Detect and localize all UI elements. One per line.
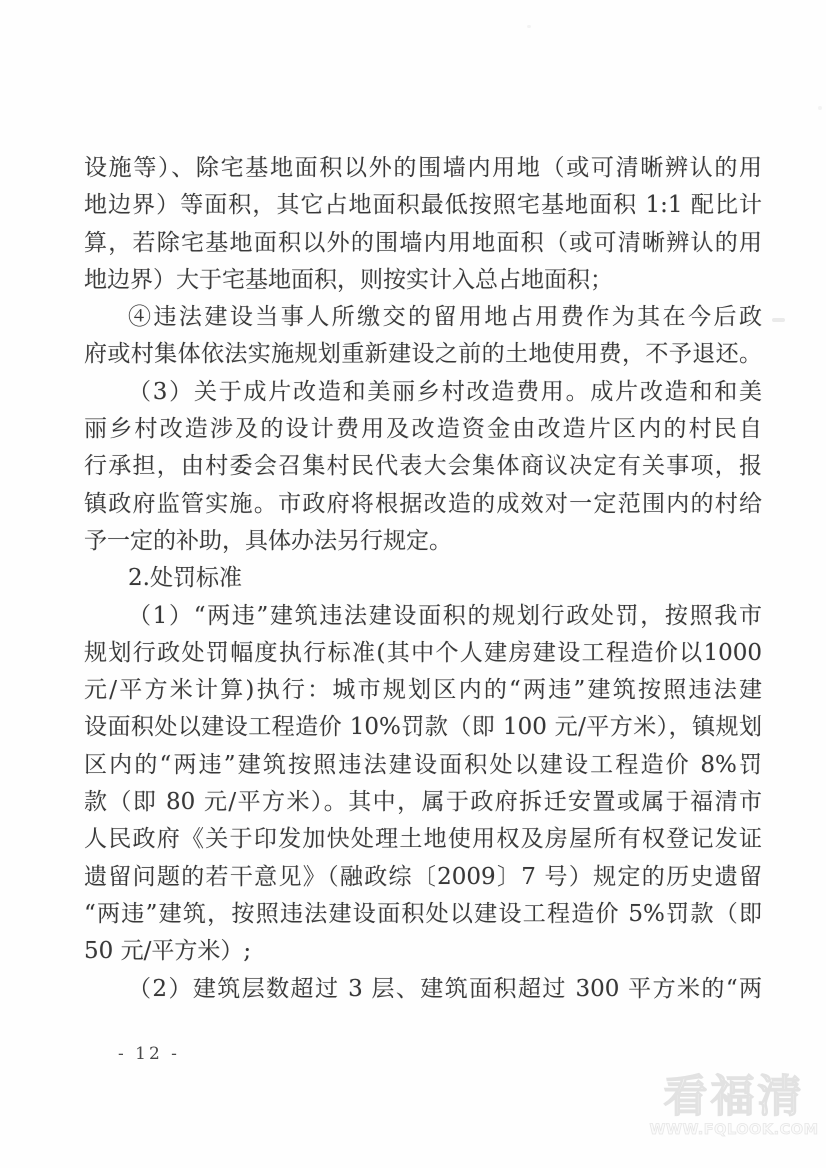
- text-line: （2）建筑层数超过 3 层、建筑面积超过 300 平方米的“两: [84, 971, 762, 1008]
- watermark-url: WWW.FQLOOK.COM: [644, 1122, 824, 1138]
- text-line: ④违法建设当事人所缴交的留用地占用费作为其在今后政: [84, 299, 762, 336]
- text-line: 款（即 80 元/平方米）。其中，属于政府拆迁安置或属于福清市: [84, 784, 762, 821]
- text-line: 50 元/平方米）;: [84, 933, 762, 970]
- text-line: 规划行政处罚幅度执行标准(其中个人建房建设工程造价以1000: [84, 635, 762, 672]
- text-line: 区内的“两违”建筑按照违法建设面积处以建设工程造价 8%罚: [84, 747, 762, 784]
- document-page: 设施等）、除宅基地面积以外的围墙内用地（或可清晰辨认的用地边界）等面积，其它占地…: [0, 0, 826, 1168]
- text-line: 地边界）大于宅基地面积，则按实计入总占地面积；: [84, 262, 762, 299]
- watermark: 看福清 WWW.FQLOOK.COM: [644, 1074, 824, 1138]
- text-line: 府或村集体依法实施规划重新建设之前的土地使用费，不予退还。: [84, 336, 762, 373]
- scan-artifact: [527, 25, 531, 28]
- scan-artifact: [818, 106, 822, 110]
- watermark-logo-text: 看福清: [644, 1074, 824, 1120]
- text-line: 行承担，由村委会召集村民代表大会集体商议决定有关事项，报: [84, 448, 762, 485]
- text-line: 地边界）等面积，其它占地面积最低按照宅基地面积 1:1 配比计: [84, 187, 762, 224]
- text-line: 元/平方米计算)执行：城市规划区内的“两违”建筑按照违法建: [84, 672, 762, 709]
- scan-artifact: [772, 318, 785, 322]
- text-line: 人民政府《关于印发加快处理土地使用权及房屋所有权登记发证: [84, 821, 762, 858]
- text-line: 设施等）、除宅基地面积以外的围墙内用地（或可清晰辨认的用: [84, 150, 762, 187]
- text-line: 设面积处以建设工程造价 10%罚款（即 100 元/平方米），镇规划: [84, 709, 762, 746]
- text-line: 予一定的补助，具体办法另行规定。: [84, 523, 762, 560]
- text-line: （1）“两违”建筑违法建设面积的规划行政处罚，按照我市: [84, 598, 762, 635]
- text-line: 遗留问题的若干意见》（融政综〔2009〕7 号）规定的历史遗留: [84, 859, 762, 896]
- text-line: 算，若除宅基地面积以外的围墙内用地面积（或可清晰辨认的用: [84, 225, 762, 262]
- text-line: 丽乡村改造涉及的设计费用及改造资金由改造片区内的村民自: [84, 411, 762, 448]
- document-body: 设施等）、除宅基地面积以外的围墙内用地（或可清晰辨认的用地边界）等面积，其它占地…: [84, 150, 762, 1008]
- text-line: “两违”建筑，按照违法建设面积处以建设工程造价 5%罚款（即: [84, 896, 762, 933]
- text-line: 2.处罚标准: [84, 560, 762, 597]
- text-line: （3）关于成片改造和美丽乡村改造费用。成片改造和和美: [84, 374, 762, 411]
- text-line: 镇政府监管实施。市政府将根据改造的成效对一定范围内的村给: [84, 486, 762, 523]
- page-number: - 12 -: [118, 1044, 180, 1064]
